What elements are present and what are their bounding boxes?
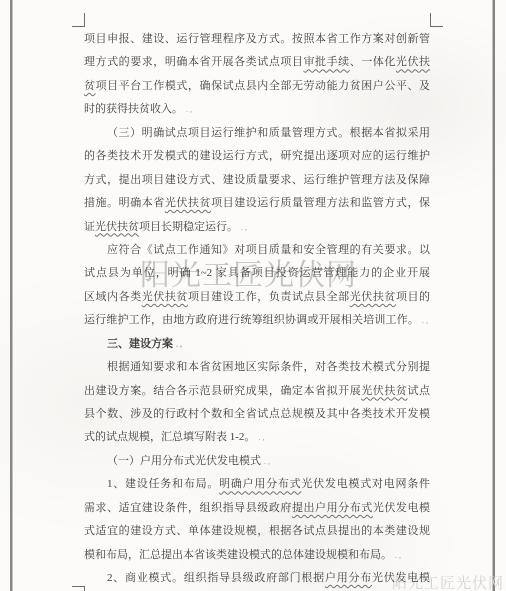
margin-crop-mark-top-left (72, 13, 85, 27)
doc-line: 模和布局，汇总提出本省该类建设模式的总体建设规模和布局。., (84, 544, 430, 567)
doc-line: 项目申报、建设、运行管理程序及方式。按照本省工作方案对创新管 (84, 28, 430, 51)
text-run: 运行维护工作，由地方政府进行统筹组织协调或开展相关培训工作。 (84, 314, 419, 326)
paragraph-mark: ., (264, 457, 272, 466)
text-run: 应符合《试点工作通知》对项目质量和安全管理的有关要求。以 (107, 244, 430, 256)
text-run: 三、建设方案 (107, 338, 173, 350)
doc-line: 需求、适宜建设条件，组织指导县级政府提出户用分布式光伏发电模 (84, 497, 430, 520)
text-run: 方式，提出项目建设方式、建设质量要求、运行维护管理方法及保障 (84, 174, 430, 186)
wavy-underlined-text: 光伏扶贫 (350, 291, 396, 303)
doc-line: 时的获得扶贫收入。., (84, 98, 430, 121)
text-run: 区域内各类 (84, 291, 142, 303)
text-run: 措施。明确本省 (84, 197, 165, 209)
doc-line: 县个数、涉及的行政村个数和全省试点总规模及其中各类技术开发模 (84, 403, 430, 426)
paragraph-mark: ., (258, 433, 266, 442)
text-run: 的各类技术开发模式的建设运行方式，研究提出逐项对应的运行维护 (84, 150, 430, 162)
text-run: 光伏发电模式对电网条件 (301, 478, 430, 490)
page-edge-right (492, 0, 495, 591)
wavy-underlined-text: 贫 (84, 80, 96, 92)
doc-line: （一）户用分布式光伏发电模式., (84, 450, 430, 473)
wavy-underlined-text: 光伏扶贫 (142, 291, 188, 303)
text-run: 项目建设工作，负责试点县全部 (188, 291, 350, 303)
doc-line: 措施。明确本省光伏扶贫项目建设运行质量管理方法和监管方式，保 (84, 192, 430, 215)
text-run: 项目建设运行质量管理方法和监管方式，保 (211, 197, 430, 209)
page-edge-left (10, 0, 13, 591)
paragraph-mark: ., (422, 316, 430, 325)
doc-line: 证光伏扶贫项目长期稳定运行。., (84, 216, 430, 239)
wavy-underlined-text: 光伏扶贫 (361, 385, 407, 397)
wavy-underlined-text: 明确户用分布式 (219, 478, 301, 490)
text-run: 1、建设任务和布局。 (107, 478, 219, 490)
text-run: （三）明确试点项目运行维护和质量管理方式。根据本省拟采用 (107, 127, 430, 139)
doc-line: 贫项目平台工作模式，确保试点县内全部无劳动能力贫困户公平、及 (84, 75, 430, 98)
text-run: 式适宜的建设方式、单体建设规模，根据各试点县提出的本类建设规 (84, 525, 430, 537)
text-run: 、一体化 (350, 56, 396, 68)
doc-line: 理方式的要求，明确本省开展各类试点项目审批手续、一体化光伏扶 (84, 51, 430, 74)
text-run: 项目长期稳定运行。 (139, 221, 238, 233)
wavy-underlined-text: 光伏扶贫 (95, 221, 139, 233)
text-area: 项目申报、建设、运行管理程序及方式。按照本省工作方案对创新管理方式的要求，明确本… (84, 28, 430, 591)
doc-line: 三、建设方案., (84, 333, 430, 356)
doc-line: 式的试点规模，汇总填写附表 1-2。., (84, 426, 430, 449)
paragraph-mark: ., (176, 340, 184, 349)
wavy-underlined-text: 审批手续 (303, 56, 349, 68)
doc-line: 运行维护工作，由地方政府进行统筹组织协调或开展相关培训工作。., (84, 309, 430, 332)
wavy-underlined-text: 光伏扶 (396, 56, 430, 68)
doc-line: 试点县为单位，明确 1~2 家具备项目投资运营管理能力的企业开展 (84, 262, 430, 285)
scanned-document-page: 阳光工匠光伏网 阳光工匠光伏网 项目申报、建设、运行管理程序及方式。按照本省工作… (0, 0, 506, 591)
text-run: 试点 (407, 385, 430, 397)
doc-line: 方式，提出项目建设方式、建设质量要求、运行维护管理方法及保障 (84, 169, 430, 192)
doc-line: 根据通知要求和本省贫困地区实际条件，对各类技术模式分别提 (84, 356, 430, 379)
text-run: 项目申报、建设、运行管理程序及方式。按照本省工作方案对创新管 (84, 33, 430, 45)
doc-line: 区域内各类光伏扶贫项目建设工作，负责试点县全部光伏扶贫项目的 (84, 286, 430, 309)
margin-crop-mark-top-right (430, 13, 443, 27)
text-run: 根据通知要求和本省贫困地区实际条件，对各类技术模式分别提 (107, 361, 430, 373)
text-run: 试点县为单位，明确 1~2 家具备项目投资运营管理能力的企业开展 (84, 267, 430, 279)
text-run: 2、商业模式。组织指导县级政府部门根据 (107, 572, 325, 584)
text-run: 需求、适宜建设条件，组织指导县级政府 (84, 502, 292, 514)
text-run: 证 (84, 221, 95, 233)
text-run: 县个数、涉及的行政村个数和全省试点总规模及其中各类技术开发模 (84, 408, 430, 420)
wavy-underlined-text: 光伏扶贫 (165, 197, 211, 209)
text-run: （一）户用分布式光伏发电模式 (107, 455, 261, 467)
text-run: 模和布局，汇总提出本省该类建设模式的总体建设规模和布局。 (84, 549, 392, 561)
doc-line: （三）明确试点项目运行维护和质量管理方式。根据本省拟采用 (84, 122, 430, 145)
paragraph-mark: ., (186, 105, 194, 114)
paragraph-mark: ., (395, 551, 403, 560)
doc-line: 2、商业模式。组织指导县级政府部门根据户用分布光伏发电模 (84, 567, 430, 590)
text-run: 光伏发电模 (372, 572, 430, 584)
paragraph-mark: ., (241, 223, 249, 232)
text-run: 光伏发电模 (373, 502, 430, 514)
text-run: 式的试点规模，汇总填写附表 1-2。 (84, 431, 255, 443)
text-run: 理方式的要求，明确本省开展各类试点项目 (84, 56, 303, 68)
text-run: 项目的 (396, 291, 430, 303)
doc-line: 应符合《试点工作通知》对项目质量和安全管理的有关要求。以 (84, 239, 430, 262)
wavy-underlined-text: 提出户用分布式 (292, 502, 373, 514)
doc-line: 出建设方案。结合各示范县研究成果，确定本省拟开展光伏扶贫试点 (84, 380, 430, 403)
doc-line: 1、建设任务和布局。明确户用分布式光伏发电模式对电网条件 (84, 473, 430, 496)
wavy-underlined-text: 户用分布 (325, 572, 372, 584)
doc-line: 的各类技术开发模式的建设运行方式，研究提出逐项对应的运行维护 (84, 145, 430, 168)
text-run: 出建设方案。结合各示范县研究成果，确定本省拟开展 (84, 385, 361, 397)
doc-line: 式适宜的建设方式、单体建设规模，根据各试点县提出的本类建设规 (84, 520, 430, 543)
text-run: 时的获得扶贫收入。 (84, 103, 183, 115)
text-run: 项目平台工作模式，确保试点县内全部无劳动能力贫困户公平、及 (96, 80, 430, 92)
